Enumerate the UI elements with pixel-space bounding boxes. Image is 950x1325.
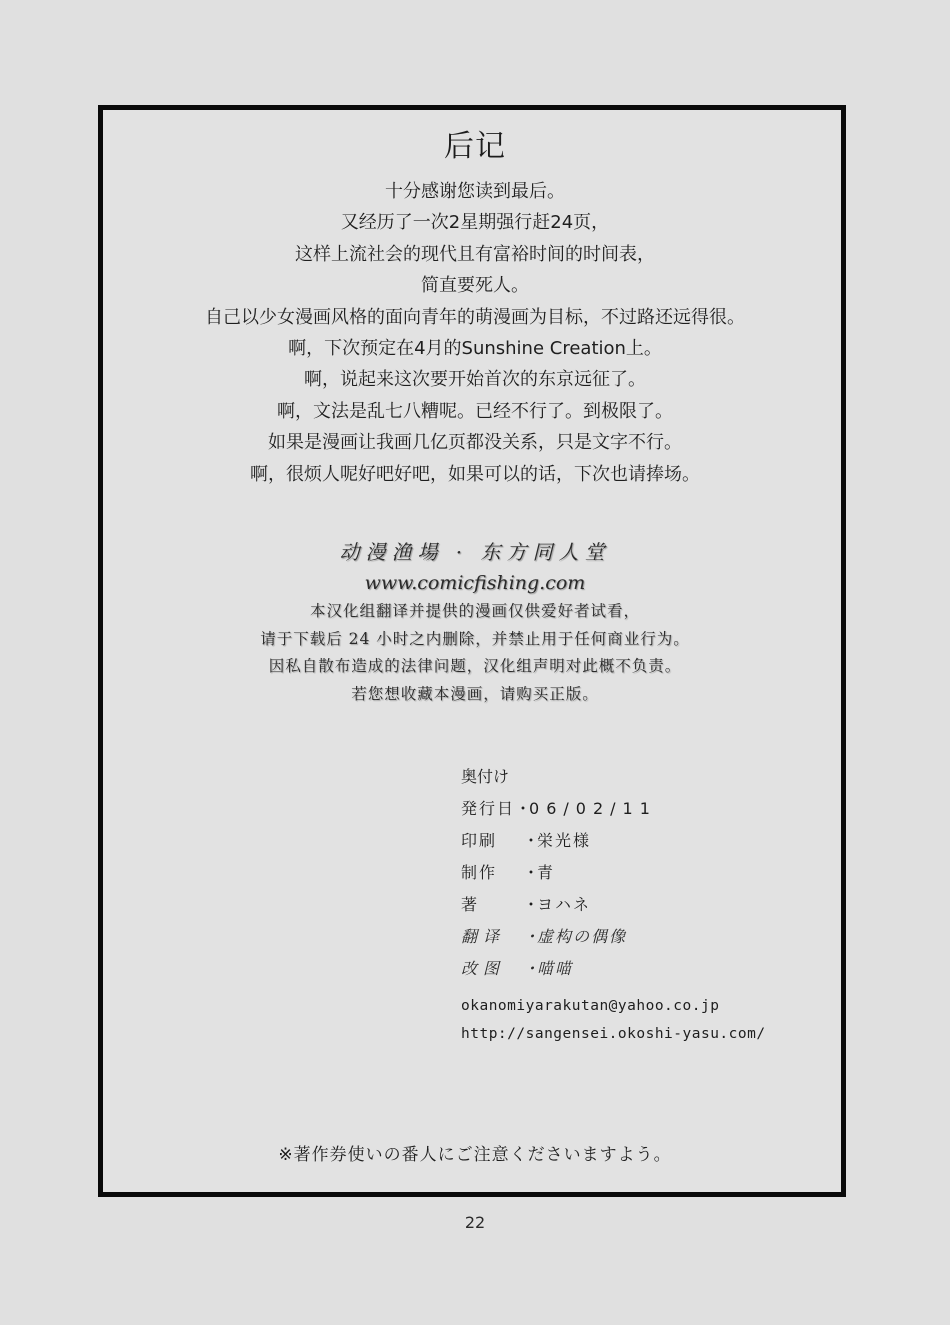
colophon-value: 喵喵 bbox=[537, 956, 573, 988]
colophon-row-translation: 翻译 ・ 虚构の偶像 bbox=[461, 924, 766, 956]
afterword-title: 后记 bbox=[0, 128, 950, 166]
colophon-label: 印刷 bbox=[461, 828, 523, 860]
watermark-notice-line: 请于下载后 24 小时之内删除，并禁止用于任何商业行为。 bbox=[0, 626, 950, 654]
colophon: 奥付け 発行日 ・ 06/02/11 印刷 ・ 栄光様 制作 ・ 青 著 ・ ヨ… bbox=[461, 764, 766, 1048]
afterword-line: 自己以少女漫画风格的面向青年的萌漫画为目标，不过路还远得很。 bbox=[0, 302, 950, 333]
colophon-row-editing: 改图 ・ 喵喵 bbox=[461, 956, 766, 988]
afterword-line: 啊，下次预定在4月的Sunshine Creation上。 bbox=[0, 333, 950, 364]
colophon-separator: ・ bbox=[523, 828, 537, 860]
colophon-value: 虚构の偶像 bbox=[537, 924, 627, 956]
colophon-separator: ・ bbox=[523, 860, 537, 892]
colophon-value: 青 bbox=[537, 860, 555, 892]
afterword-body: 十分感谢您读到最后。 又经历了一次2星期强行赶24页， 这样上流社会的现代且有富… bbox=[0, 176, 950, 490]
colophon-label: 著 bbox=[461, 892, 523, 924]
contact-email: okanomiyarakutan@yahoo.co.jp bbox=[461, 992, 766, 1020]
colophon-label: 制作 bbox=[461, 860, 523, 892]
colophon-value: 栄光様 bbox=[537, 828, 591, 860]
afterword-line: 又经历了一次2星期强行赶24页， bbox=[0, 207, 950, 238]
afterword-line: 这样上流社会的现代且有富裕时间的时间表， bbox=[0, 239, 950, 270]
page-number: 22 bbox=[0, 1212, 950, 1234]
afterword-line: 啊，文法是乱七八糟呢。已经不行了。到极限了。 bbox=[0, 396, 950, 427]
watermark-site-url: www.comicfishing.com bbox=[0, 568, 950, 598]
afterword-line: 啊，很烦人呢好吧好吧，如果可以的话，下次也请捧场。 bbox=[0, 459, 950, 490]
colophon-row-date: 発行日 ・ 06/02/11 bbox=[461, 796, 766, 828]
watermark-site-name: 动漫渔場 · 东方同人堂 bbox=[0, 536, 950, 568]
colophon-label: 改图 bbox=[461, 956, 523, 988]
colophon-value: 06/02/11 bbox=[529, 796, 657, 828]
scanlation-watermark: 动漫渔場 · 东方同人堂 www.comicfishing.com 本汉化组翻译… bbox=[0, 536, 950, 708]
afterword-line: 简直要死人。 bbox=[0, 270, 950, 301]
afterword-line: 如果是漫画让我画几亿页都没关系，只是文字不行。 bbox=[0, 427, 950, 458]
contact-url: http://sangensei.okoshi-yasu.com/ bbox=[461, 1020, 766, 1048]
watermark-notice-line: 因私自散布造成的法律问题，汉化组声明对此概不负责。 bbox=[0, 653, 950, 681]
colophon-row-printing: 印刷 ・ 栄光様 bbox=[461, 828, 766, 860]
afterword-line: 十分感谢您读到最后。 bbox=[0, 176, 950, 207]
colophon-heading: 奥付け bbox=[461, 764, 766, 796]
footer-note: ※著作券使いの番人にご注意くださいますよう。 bbox=[0, 1142, 950, 1168]
colophon-separator: ・ bbox=[523, 956, 537, 988]
watermark-notice-line: 本汉化组翻译并提供的漫画仅供爱好者试看， bbox=[0, 598, 950, 626]
colophon-row-author: 著 ・ ヨハネ bbox=[461, 892, 766, 924]
colophon-separator: ・ bbox=[523, 924, 537, 956]
colophon-label: 翻译 bbox=[461, 924, 523, 956]
watermark-notice-line: 若您想收藏本漫画，请购买正版。 bbox=[0, 681, 950, 709]
colophon-separator: ・ bbox=[515, 796, 529, 828]
colophon-row-production: 制作 ・ 青 bbox=[461, 860, 766, 892]
colophon-label: 発行日 bbox=[461, 796, 515, 828]
afterword-line: 啊，说起来这次要开始首次的东京远征了。 bbox=[0, 364, 950, 395]
colophon-value: ヨハネ bbox=[537, 892, 591, 924]
colophon-separator: ・ bbox=[523, 892, 537, 924]
